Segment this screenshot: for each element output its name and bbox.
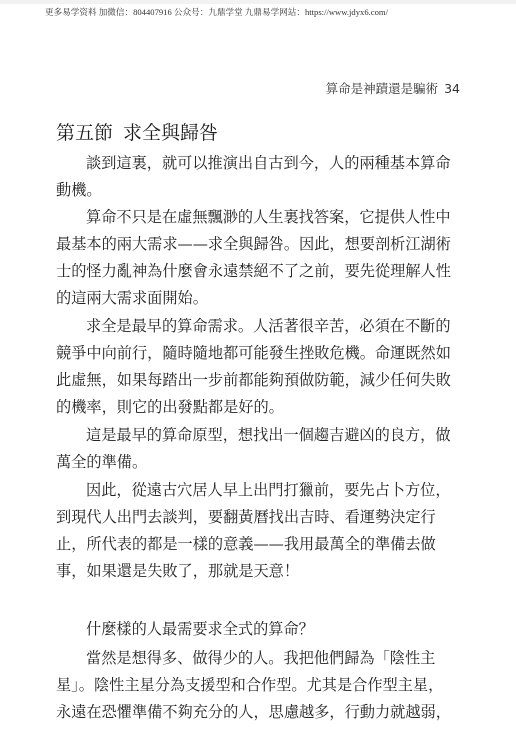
paragraph-6-question: 什麼樣的人最需要求全式的算命？ [56, 616, 466, 643]
text-line: 此虛無，如果每踏出一步前都能夠預做防範，減少任何失敗 [56, 367, 466, 394]
text-line: 算命不只是在虛無飄渺的人生裏找答案，它提供人性中 [56, 204, 466, 231]
paragraph-5: 因此，從遠古穴居人早上出門打獵前，要先占卜方位， 到現代人出門去談判，要翻黃曆找… [56, 477, 466, 585]
section-title: 第五節求全與歸咎 [56, 118, 218, 145]
watermark-text: 更多易学资料 加微信：804407916 公众号：九鼎学堂 九鼎易学网站：htt… [45, 6, 388, 18]
text-line: 因此，從遠古穴居人早上出門打獵前，要先占卜方位， [56, 477, 466, 504]
text-line: 的這兩大需求面開始。 [56, 285, 466, 312]
text-line: 止，所代表的都是一樣的意義——我用最萬全的準備去做 [56, 531, 466, 558]
text-line: 什麼樣的人最需要求全式的算命？ [56, 616, 466, 643]
paragraph-2: 算命不只是在虛無飄渺的人生裏找答案，它提供人性中 最基本的兩大需求——求全與歸咎… [56, 204, 466, 312]
text-line: 動機。 [56, 177, 466, 204]
text-line: 談到這裏，就可以推演出自古到今，人的兩種基本算命 [56, 150, 466, 177]
paragraph-1: 談到這裏，就可以推演出自古到今，人的兩種基本算命 動機。 [56, 150, 466, 204]
text-line: 的機率，則它的出發點都是好的。 [56, 394, 466, 421]
section-heading: 求全與歸咎 [123, 122, 218, 144]
paragraph-3: 求全是最早的算命需求。人活著很辛苦，必須在不斷的 競爭中向前行，隨時隨地都可能發… [56, 313, 466, 421]
top-bar [0, 0, 516, 4]
text-line: 這是最早的算命原型，想找出一個趨吉避凶的良方，做 [56, 422, 466, 449]
paragraph-7: 當然是想得多、做得少的人。我把他們歸為「陰性主 星」。陰性主星分為支援型和合作型… [56, 645, 466, 726]
text-line: 士的怪力亂神為什麼會永遠禁絕不了之前，要先從理解人性 [56, 258, 466, 285]
text-line: 求全是最早的算命需求。人活著很辛苦，必須在不斷的 [56, 313, 466, 340]
running-header-title: 算命是神蹟還是騙術 [326, 81, 439, 96]
running-header: 算命是神蹟還是騙術34 [326, 79, 460, 97]
page-number: 34 [444, 81, 460, 96]
paragraph-4: 這是最早的算命原型，想找出一個趨吉避凶的良方，做 萬全的準備。 [56, 422, 466, 476]
text-line: 競爭中向前行，隨時隨地都可能發生挫敗危機。命運既然如 [56, 340, 466, 367]
text-line: 萬全的準備。 [56, 449, 466, 476]
text-line: 最基本的兩大需求——求全與歸咎。因此，想要剖析江湖術 [56, 231, 466, 258]
text-line: 當然是想得多、做得少的人。我把他們歸為「陰性主 [56, 645, 466, 672]
text-line: 到現代人出門去談判，要翻黃曆找出吉時、看運勢決定行 [56, 504, 466, 531]
text-line: 事，如果還是失敗了，那就是天意！ [56, 558, 466, 585]
text-line: 永遠在恐懼準備不夠充分的人，思慮越多，行動力就越弱， [56, 699, 466, 726]
text-line: 星」。陰性主星分為支援型和合作型。尤其是合作型主星， [56, 672, 466, 699]
section-number: 第五節 [56, 122, 113, 144]
